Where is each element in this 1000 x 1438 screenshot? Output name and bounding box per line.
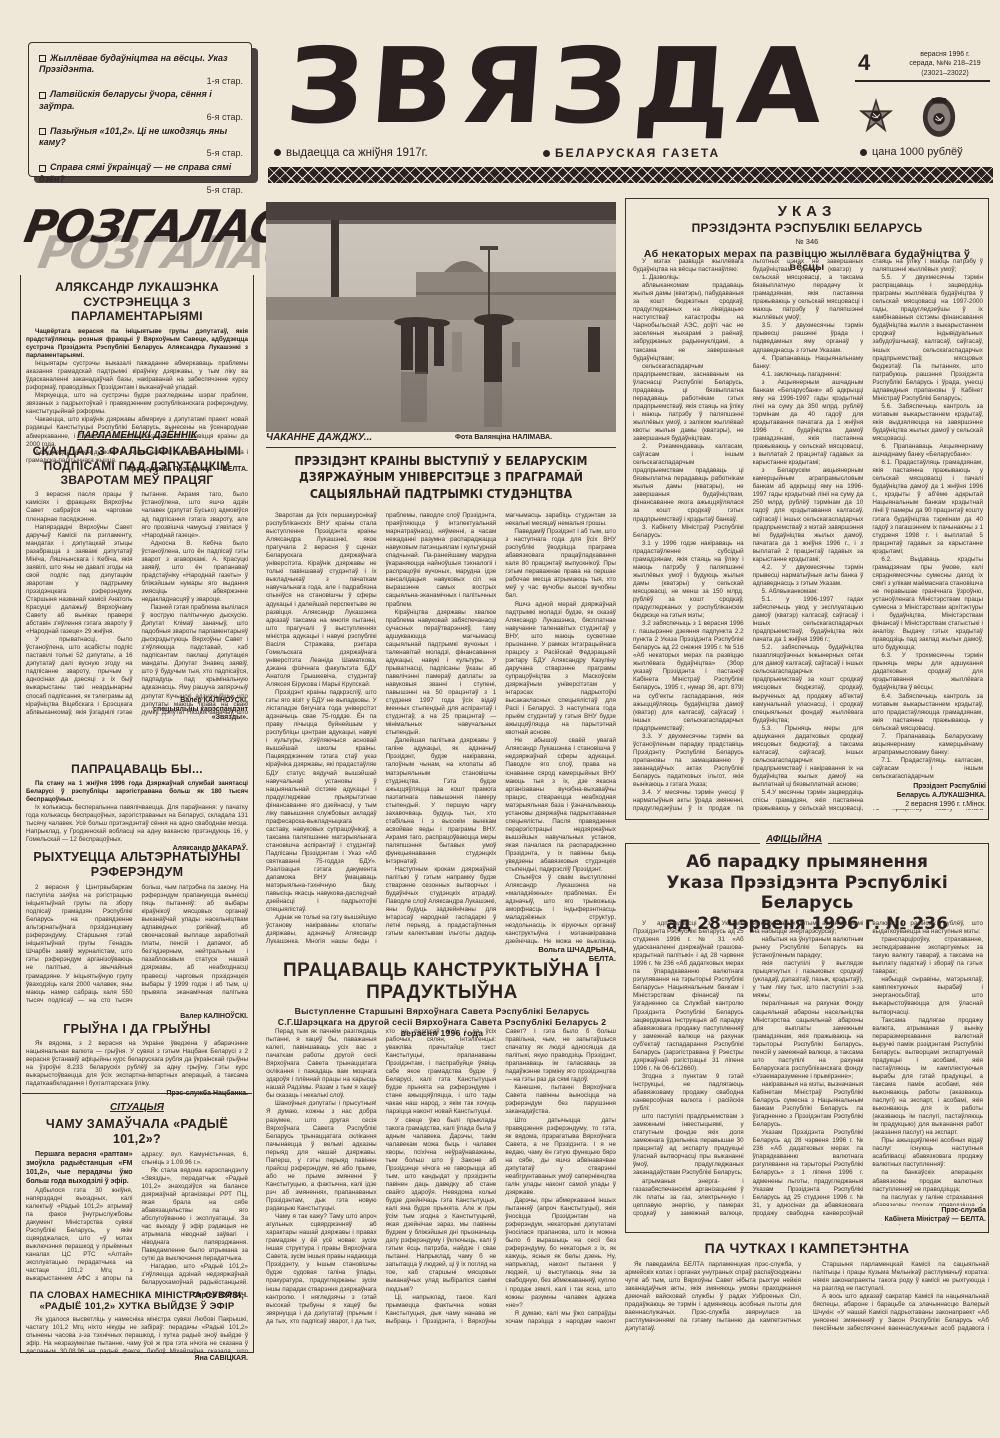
paragraph: Зваротам да ўсіх першакурснікаў рэспублі… [266, 512, 377, 689]
paragraph: сельскагаспадарчым прадпрыемствам, засна… [633, 363, 744, 443]
founded-tagline: выдаецца са жніўня 1917г. [274, 146, 428, 160]
decree-signature: Прэзідэнт Рэспублікі Беларусь А.ЛУКАШЭНК… [870, 782, 986, 809]
paragraph: Напярэдадні Вярхоўны Савет даручыў Каміс… [26, 524, 133, 637]
contents-box: Жыллёвае будаўніцтва на вёсцы. Указ Прэз… [28, 42, 252, 177]
paragraph: 4.1. заключыць пагадненні: [753, 371, 864, 379]
paragraph: пералічаныя на рахунак Фонду сацыяльнай … [753, 1000, 864, 1080]
issue-date-info: верасня 1996 г. серада, №№ 218–219 (2302… [885, 50, 1000, 78]
rubric-label: СІТУАЦЫЯ [26, 1102, 248, 1114]
paragraph: Як паведаміла БЕЛТА парламенцкая прэс-сл… [625, 1261, 801, 1333]
paragraph: 2 верасня ў Цэнтрвыбаркам паступіла заяў… [26, 884, 248, 1012]
photo-credit: Фота Валянціна НАЛІМАВА. [455, 434, 552, 443]
article-headline: РЫХТУЕЦЦА АЛЬТЭРНАТЫЎНЫ РЭФЕРЭНДУМ [26, 850, 248, 880]
paragraph: Канешне, пытанні Вярхоўнага Савета павін… [505, 1084, 616, 1116]
paragraph: транспарціроўку, страхаванне, экспедзіра… [872, 936, 983, 976]
article-headline: ПРАЦАВАЦЬ КАНСТРУКТЫЎНА І ПРАДУКТЫЎНА [262, 960, 622, 1004]
paragraph: 3 верасня пасля працы ў камісіях і фракц… [26, 491, 133, 523]
article-lead: Па стану на 1 жніўня 1996 года Дзяржаўна… [26, 780, 248, 804]
article-lead: Чацвёртага верасня па ініцыятыве групы д… [26, 328, 248, 360]
paragraph: Як стала вядома карэспандэнту «Звязды», … [142, 1167, 249, 1264]
paragraph: Далейшая палітыка дзяржавы ў галіне адук… [386, 737, 497, 866]
decree-title: УКАЗ [630, 203, 984, 221]
issue-day: 4 [858, 50, 870, 77]
article-rumors: ПА ЧУТКАХ І КАМПЕТЭНТНА Як паведаміла БЕ… [625, 1240, 989, 1341]
paragraph: Мяркуецца, што на сустрэчы будзе разглед… [26, 392, 248, 416]
paragraph: 4.2. У двухмесячны тэрмін прывесці нарма… [753, 564, 864, 588]
folk-ornament-border [268, 167, 993, 183]
article-headline: ГРЫЎНА І ДА ГРЫЎНЫ [26, 1022, 248, 1037]
article-headline: ПАПРАЦАВАЦЬ БЫ... [26, 762, 248, 777]
article-headline: ЧАМУ ЗАМАЎЧАЛА «РАДЫЁ 101,2»? [26, 1117, 248, 1148]
paragraph: Паведаміў Прэзідэнт і аб тым, што з наст… [505, 528, 616, 600]
paragraph: 6.4. Забяспечыць кантроль за мэтавым вык… [872, 693, 983, 733]
ussr-order-medal-icon [920, 92, 958, 138]
rubric-label: ПАРЛАМЕНЦКІ ДЗЁННІК [26, 430, 248, 442]
order-star-medal-icon [857, 95, 895, 141]
checkbox-square-icon [39, 92, 46, 99]
toc-item[interactable]: Жыллёвае будаўніцтва на вёсцы. Указ Прэз… [39, 53, 243, 86]
paragraph: Старшыня парламенцкай Камісіі па сацыяль… [813, 1261, 989, 1293]
paragraph: 5.5. У двухмесячны тэрмін распрацаваць і… [872, 274, 983, 403]
paragraph: Ініцыятары сустрэчы выказалі пажаданне а… [26, 360, 248, 392]
paragraph: 3.1 у 1996 годзе накіраваць на прадастаў… [633, 540, 744, 620]
paragraph: 1. Дазволіць: [633, 274, 744, 282]
paragraph: У мэтах развіцця жыллёвага будаўніцтва н… [633, 258, 744, 274]
toc-item[interactable]: Справа сямі ўкраінцаў — не справа сямі д… [39, 162, 243, 195]
paragraph: У адпаведнасці з Указамі Прэзідэнта Рэсп… [633, 920, 744, 1073]
article-signature: Валер КАЛІНОЎСКІ. [26, 1013, 248, 1022]
decree-number: № 346 [630, 237, 984, 246]
paragraph: што паступілі прадпрыемствам з замежнымі… [633, 1113, 744, 1177]
article-unemployment: ПАПРАЦАВАЦЬ БЫ... Па стану на 1 жніўня 1… [26, 762, 248, 854]
paragraph: з Акцыянерным ашчадным банкам «Беларусба… [753, 379, 864, 468]
toc-item[interactable]: Латвійскія беларусы ўчора, сёння і заўтр… [39, 89, 243, 122]
article-signature: Яна САВІЦКАЯ. [26, 1355, 248, 1364]
toc-page-ref: 1-я стар. [39, 76, 243, 87]
paragraph: 3.2 забяспечыць з 1 верасня 1996 г. пашы… [633, 620, 744, 733]
paragraph: з Беларускім акцыянерным камерцыйным агр… [753, 467, 864, 564]
paragraph: Як удалося высветліць у намесніка мініст… [26, 1316, 248, 1354]
paragraph: Перад тым як пачнём разглядаць пытанні, … [266, 1028, 377, 1100]
issue-month-year: верасня 1996 г. [885, 50, 1000, 59]
checkbox-square-icon [39, 128, 46, 135]
divider [22, 1093, 252, 1094]
paragraph: Як вядома, з 2 верасня на Украіне ўведзе… [26, 1040, 248, 1088]
paragraph: Таксама падлягае продажу валюта, атрыман… [872, 1017, 983, 1138]
article-headline: СКАНДАЛ З ФАЛЬСІФІКАВАНЫМІ ПОДПІСАМІ ПАД… [26, 444, 248, 487]
paragraph: 7. Прапанаваць Беларускаму акцыянернаму … [872, 733, 983, 757]
paragraph: 5.3. Прыняць меры для адшукання дадатков… [753, 725, 864, 789]
official-headline-1: Аб парадку прымянення [630, 852, 984, 873]
paragraph: 6.1. Прадастаўляць грамадзянам, якія пас… [872, 459, 983, 556]
paragraph: Што датычыцца даты правядзення рэферэнду… [505, 1117, 616, 1197]
article-work-constructively: Перад тым як пачнём разглядаць пытанні, … [266, 1028, 616, 1333]
decree-issuer: ПРЭЗІДЭНТА РЭСПУБЛІКІ БЕЛАРУСЬ [630, 221, 984, 236]
toc-page-ref: 6-я стар. [39, 112, 243, 123]
paragraph: набыццё сыравіны, матэрыялаў, камплектую… [872, 976, 983, 1016]
paragraph: Шаноўныя дэпутаты і прысутныя! Я думаю, … [266, 1100, 377, 1213]
paragraph: Не абышоў сваёй увагай Аляксандр Лукашэн… [505, 737, 616, 874]
paragraph: Адносна В. Кебіча было ўстаноўлена, што … [142, 540, 249, 604]
issue-numbers: серада, №№ 218–219 [885, 59, 1000, 68]
paragraph: Іх колькасць бесперапынна павялічваецца.… [26, 804, 248, 844]
paragraph: аблвыканкомам прадаваць жылыя дамы (кват… [633, 282, 744, 362]
official-headline-2: Указа Прэзідэнта Рэспублікі Беларусь [630, 873, 984, 914]
paragraph: 5. Аблвыканкомам: [753, 588, 864, 596]
bullet-icon [860, 149, 867, 156]
paragraph: Пры ажыццяўленні асобных відаў паслуг іс… [872, 1137, 983, 1169]
article-hryvnia: ГРЫЎНА І ДА ГРЫЎНЫ Як вядома, з 2 верасн… [26, 1022, 248, 1098]
newspaper-title-logo: ЗВЯЗДА [283, 40, 841, 132]
article-headline: ПРЭЗІДЭНТ КРАІНЫ ВЫСТУПІЎ У БЕЛАРУСКІМ Д… [284, 453, 599, 502]
article-headline: ПА СЛОВАХ НАМЕСНІКА МІНІСТРА СУВЯЗІ, «РА… [26, 1290, 248, 1313]
paragraph: 5.2. забяспечыць будаўніцтва пазапляцоўа… [753, 644, 864, 724]
article-alt-referendum: РЫХТУЕЦЦА АЛЬТЭРНАТЫЎНЫ РЭФЕРЭНДУМ 2 вер… [26, 850, 248, 1022]
paragraph: Прэзідэнт краіны падкрэсліў, што гэты яг… [266, 689, 377, 914]
paper-type-tagline: БЕЛАРУСКАЯ ГАЗЕТА [543, 146, 720, 161]
rainy-square-photo [266, 202, 616, 432]
paragraph: У свеце ўжо былі прыклады такога грамадс… [386, 1117, 497, 1294]
checkbox-square-icon [39, 55, 46, 62]
paragraph: Кіраўніцтва дзяржавы хвалюе праблема нав… [386, 609, 497, 738]
article-president-university: Зваротам да ўсіх першакурснікаў рэспублі… [266, 512, 616, 948]
toc-page-ref: 5-я стар. [39, 148, 243, 159]
bullet-icon [543, 150, 550, 157]
paragraph: 6.2. Выдаваць крэдыты грамадзянам пры ўм… [872, 556, 983, 653]
decree-body: У мэтах развіцця жыллёвага будаўніцтва н… [633, 258, 983, 814]
bullet-icon [274, 149, 281, 156]
paragraph: па банкаўскіх аперацыях абавязковы прода… [872, 1169, 983, 1193]
paragraph: 3.3. У двухмесячны тэрмін ва ўстаноўлены… [633, 733, 744, 789]
checkbox-square-icon [39, 165, 46, 172]
paragraph: 5.6. Забяспечыць кантроль за мэтавым вык… [872, 403, 983, 443]
article-headline: ПА ЧУТКАХ І КАМПЕТЭНТНА [625, 1240, 989, 1257]
divider [266, 447, 616, 448]
rubric-label: АФІЦЫЙНА [760, 834, 828, 846]
paragraph: 3. Кабінету Міністраў Рэспублікі Беларус… [633, 524, 744, 540]
paragraph: Дарэчы, пры абмеркаванні іншых пытанняў … [505, 1197, 616, 1310]
article-headline: АЛЯКСАНДР ЛУКАШЭНКА СУСТРЭНЕЦЦА З ПАРЛАМ… [26, 280, 248, 324]
paragraph: якія паступілі ў выглядзе прыцягнутых і … [753, 960, 864, 1000]
section-logo-rozgalas: РОЗГАЛАС РОЗГАЛАС [25, 200, 255, 280]
article-scandal-signatures: ПАРЛАМЕНЦКІ ДЗЁННІК СКАНДАЛ З ФАЛЬСІФІКА… [26, 430, 248, 723]
price-tagline: цана 1000 рублёў [860, 146, 963, 159]
article-radio-silent: СІТУАЦЫЯ ЧАМУ ЗАМАЎЧАЛА «РАДЫЁ 101,2»? П… [26, 1102, 248, 1300]
photo-caption: ЧАКАННЕ ДАЖДЖУ... [266, 432, 372, 444]
official-body: У адпаведнасці з Указамі Прэзідэнта Рэсп… [633, 920, 983, 1228]
toc-page-ref: 5-я стар. [39, 185, 243, 196]
article-lead: Першага верасня «раптам» змоўкла радыёст… [26, 1151, 133, 1187]
paragraph: Яшчэ адной мерай дзяржаўнай падтрымкі мо… [505, 601, 616, 738]
official-signature: Прэс-служба Кабінета Міністраў — БЕЛТА. [870, 1206, 986, 1224]
paragraph: накіраваныя на мэты, вызначаныя Кабінета… [753, 1081, 864, 1129]
paragraph: 5.1. у 1996-1997 гадах забяспечыць увод … [753, 596, 864, 644]
paragraph: 6. Прапанаваць Акцыянернаму ашчаднаму ба… [872, 443, 983, 459]
issue-serial: (23021–23022) [885, 69, 1000, 78]
paragraph: Згодна з пунктам 9 гэтай Інструкцыі, не … [633, 1073, 744, 1113]
paragraph: 3.5. У двухмесячны тэрмін прывесці рашэн… [753, 322, 864, 354]
toc-item[interactable]: Пазыўныя «101,2». Ці не шкодзяць яны кам… [39, 126, 243, 159]
paragraph: 6.3. У трохмесячны тэрмін прыняць меры д… [872, 652, 983, 692]
article-radio-returns: ПА СЛОВАХ НАМЕСНІКА МІНІСТРА СУВЯЗІ, «РА… [26, 1290, 248, 1363]
paragraph: набытыя на ўнутраным валютным рынку Рэсп… [753, 936, 864, 960]
divider [855, 80, 990, 82]
paragraph: 4. Прапанаваць Нацыянальнаму банку: [753, 355, 864, 371]
paragraph: 2. Рэкамендаваць калгасам, саўгасам і ін… [633, 443, 744, 523]
